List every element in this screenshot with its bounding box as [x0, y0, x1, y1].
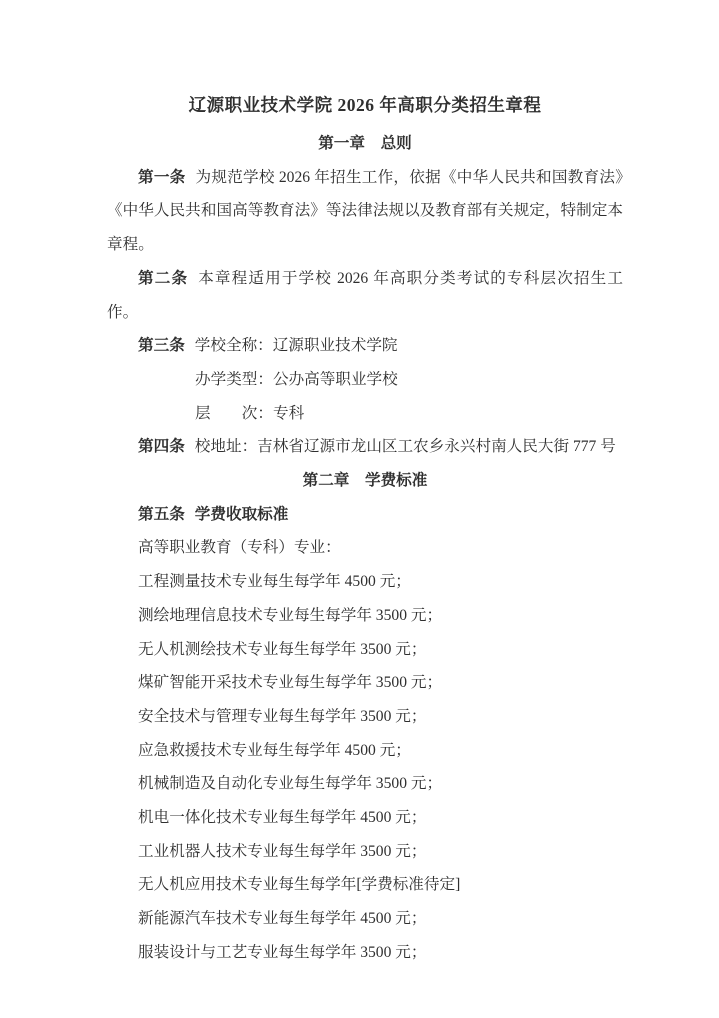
fee-intro: 高等职业教育（专科）专业：	[107, 531, 623, 565]
fee-line-industrial-robot: 工业机器人技术专业每生每学年 3500 元；	[107, 835, 623, 869]
fee-line-engineering-survey: 工程测量技术专业每生每学年 4500 元；	[107, 565, 623, 599]
article-5-text: 学费收取标准	[195, 506, 289, 523]
fee-line-new-energy-vehicle: 新能源汽车技术专业每生每学年 4500 元；	[107, 902, 623, 936]
document-title: 辽源职业技术学院 2026 年高职分类招生章程	[107, 87, 623, 123]
fee-line-geomatics-info: 测绘地理信息技术专业每生每学年 3500 元；	[107, 599, 623, 633]
article-1: 第一条为规范学校 2026 年招生工作，依据《中华人民共和国教育法》《中华人民共…	[107, 161, 623, 262]
document-page: 辽源职业技术学院 2026 年高职分类招生章程 第一章 总则 第一条为规范学校 …	[0, 0, 719, 1018]
article-2-label: 第二条	[138, 270, 188, 287]
article-3-text: 学校全称：辽源职业技术学院	[195, 337, 398, 354]
chapter2-heading: 第二章 学费标准	[107, 464, 623, 498]
article-3-level: 层 次：专科	[107, 397, 623, 431]
fee-line-uav-survey: 无人机测绘技术专业每生每学年 3500 元；	[107, 633, 623, 667]
fee-line-uav-application: 无人机应用技术专业每生每学年[学费标准待定]	[107, 868, 623, 902]
fee-line-mechatronics: 机电一体化技术专业每生每学年 4500 元；	[107, 801, 623, 835]
article-1-label: 第一条	[138, 169, 186, 186]
article-4-label: 第四条	[138, 438, 185, 455]
article-5-label: 第五条	[138, 506, 185, 523]
article-3-label: 第三条	[138, 337, 185, 354]
fee-line-coal-mining: 煤矿智能开采技术专业每生每学年 3500 元；	[107, 666, 623, 700]
article-4-text: 校地址：吉林省辽源市龙山区工农乡永兴村南人民大街 777 号	[195, 438, 616, 455]
article-5: 第五条学费收取标准	[107, 498, 623, 532]
fee-line-machinery-automation: 机械制造及自动化专业每生每学年 3500 元；	[107, 767, 623, 801]
article-3: 第三条学校全称：辽源职业技术学院	[107, 329, 623, 363]
document-content: 辽源职业技术学院 2026 年高职分类招生章程 第一章 总则 第一条为规范学校 …	[107, 87, 623, 970]
fee-line-safety-management: 安全技术与管理专业每生每学年 3500 元；	[107, 700, 623, 734]
chapter1-heading: 第一章 总则	[107, 127, 623, 161]
fee-line-fashion-design: 服装设计与工艺专业每生每学年 3500 元；	[107, 936, 623, 970]
article-4: 第四条校地址：吉林省辽源市龙山区工农乡永兴村南人民大街 777 号	[107, 430, 623, 464]
article-3-school-type: 办学类型：公办高等职业学校	[107, 363, 623, 397]
article-2: 第二条本章程适用于学校 2026 年高职分类考试的专科层次招生工作。	[107, 262, 623, 329]
fee-line-emergency-rescue: 应急救援技术专业每生每学年 4500 元；	[107, 734, 623, 768]
